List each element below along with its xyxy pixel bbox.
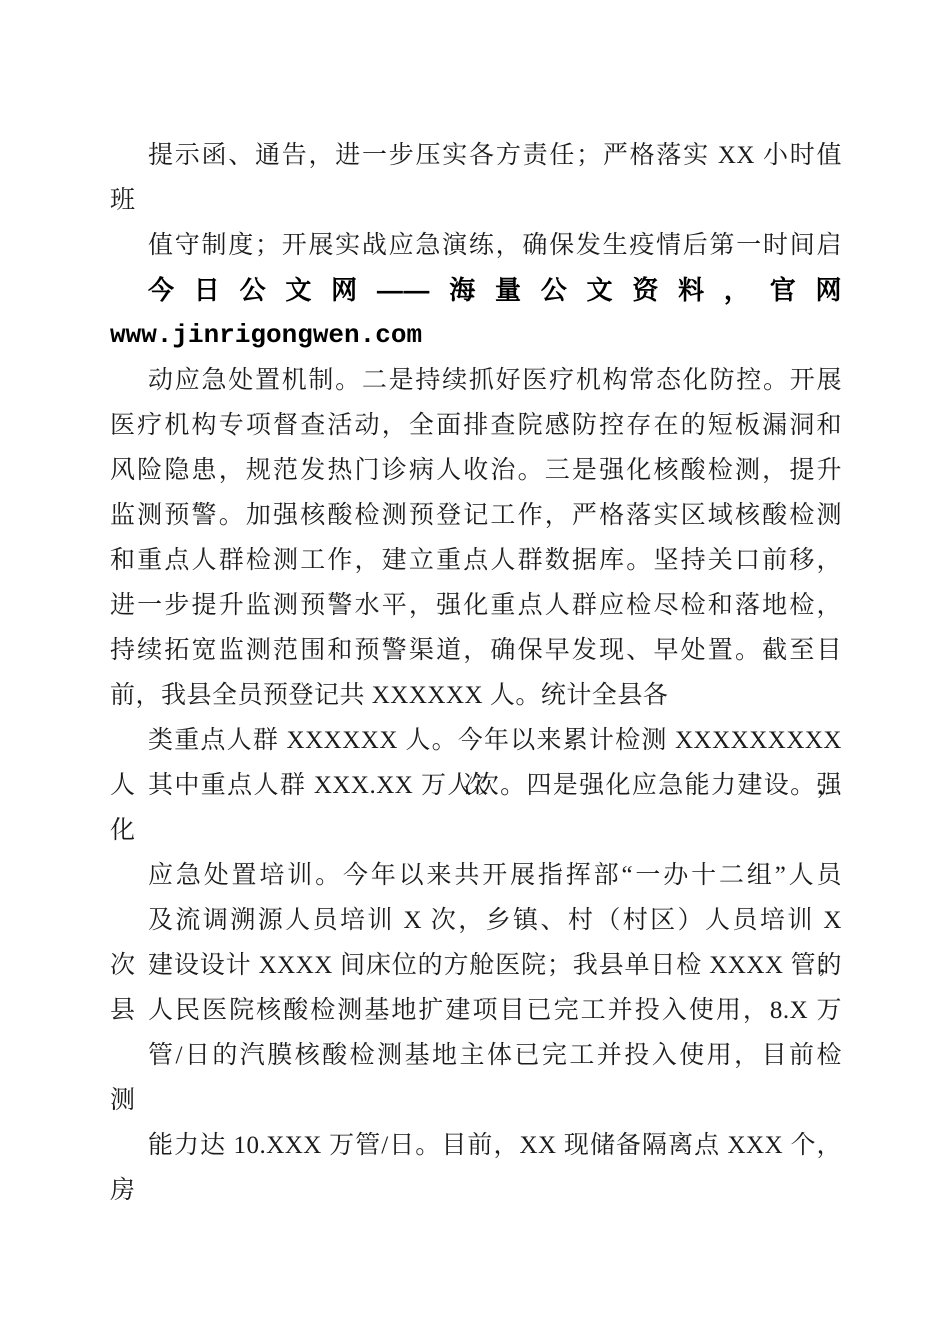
text-line: 和重点人群检测工作，建立重点人群数据库。坚持关口前移， — [110, 538, 842, 583]
text-line: 值守制度；开展实战应急演练，确保发生疫情后第一时间启 — [110, 223, 842, 268]
text-line: 应急处置培训。今年以来共开展指挥部“一办十二组”人员 — [110, 853, 842, 898]
text-line: 班 — [110, 178, 842, 223]
text-line: 其中重点人群 XXX.XX 万人次。四是强化应急能力建设。强 — [110, 763, 842, 808]
text-line: 管/日的汽膜核酸检测基地主体已完工并投入使用，目前检 — [110, 1033, 842, 1078]
text-line: 及流调溯源人员培训 X 次，乡镇、村（村区）人员培训 X 次； — [110, 898, 842, 943]
text-line: 动应急处置机制。二是持续抓好医疗机构常态化防控。开展 — [110, 358, 842, 403]
text-line: 建设设计 XXXX 间床位的方舱医院；我县单日检 XXXX 管的县 — [110, 943, 842, 988]
document-page: 提示函、通告，进一步压实各方责任；严格落实 XX 小时值班值守制度；开展实战应急… — [0, 0, 950, 1344]
text-line: 类重点人群 XXXXXX 人。今年以来累计检测 XXXXXXXXX 人次， — [110, 718, 842, 763]
text-line: 风险隐患，规范发热门诊病人收治。三是强化核酸检测，提升 — [110, 448, 842, 493]
text-line: 医疗机构专项督查活动，全面排查院感防控存在的短板漏洞和 — [110, 403, 842, 448]
document-body: 提示函、通告，进一步压实各方责任；严格落实 XX 小时值班值守制度；开展实战应急… — [110, 133, 842, 1168]
site-banner-line: 今日公文网——海量公文资料，官网 — [110, 268, 842, 313]
site-url-line: www.jinrigongwen.com — [110, 313, 842, 358]
text-line: 能力达 10.XXX 万管/日。目前，XX 现储备隔离点 XXX 个，房 — [110, 1123, 842, 1168]
text-line: 持续拓宽监测范围和预警渠道，确保早发现、早处置。截至目 — [110, 628, 842, 673]
text-line: 进一步提升监测预警水平，强化重点人群应检尽检和落地检， — [110, 583, 842, 628]
text-line: 监测预警。加强核酸检测预登记工作，严格落实区域核酸检测 — [110, 493, 842, 538]
text-line: 前，我县全员预登记共 XXXXXX 人。统计全县各 — [110, 673, 842, 718]
text-line: 化 — [110, 808, 842, 853]
text-line: 人民医院核酸检测基地扩建项目已完工并投入使用，8.X 万 — [110, 988, 842, 1033]
text-line: 提示函、通告，进一步压实各方责任；严格落实 XX 小时值 — [110, 133, 842, 178]
text-line: 测 — [110, 1078, 842, 1123]
